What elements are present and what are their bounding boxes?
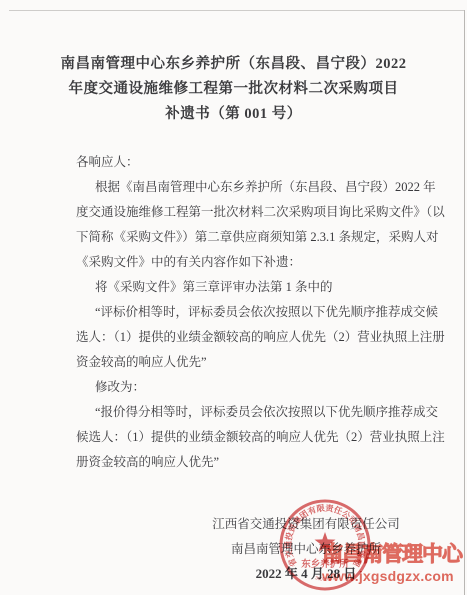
document-body: 各响应人： 根据《南昌南管理中心东乡养护所（东昌段、昌宁段）2022 年 度交通… <box>76 150 416 475</box>
stamp-banner-text: 东乡养护所 <box>301 558 349 570</box>
official-seal-stamp: 江西省交通投资集团有限责任公司南昌南管理中心 东乡养护所 36070501 <box>277 497 373 593</box>
body-line: “评标价相等时，评标委员会依次按照以下优先顺序推荐成交候 <box>76 300 416 325</box>
body-line: 根据《南昌南管理中心东乡养护所（东昌段、昌宁段）2022 年 <box>76 175 416 200</box>
stamp-ring-text: 江西省交通投资集团有限责任公司南昌南管理中心 <box>277 497 367 569</box>
body-line: 度交通设施维修工程第一批次材料二次采购项目询比采购文件》（以 <box>76 200 416 225</box>
document-title: 南昌南管理中心东乡养护所（东昌段、昌宁段）2022 年度交通设施维修工程第一批次… <box>0 52 467 127</box>
body-line: 下简称《采购文件》）第二章供应商须知第 2.3.1 条规定，采购人对 <box>76 225 416 250</box>
body-line: 册资金较高的响应人优先” <box>76 450 416 475</box>
body-line: 候选人：（1）提供的业绩金额较高的响应人优先（2）营业执照上注 <box>76 425 416 450</box>
body-line: 修改为： <box>76 375 416 400</box>
body-line: 《采购文件》中的有关内容作如下补遗： <box>76 250 416 275</box>
scanned-document-page: 南昌南管理中心东乡养护所（东昌段、昌宁段）2022 年度交通设施维修工程第一批次… <box>0 0 467 595</box>
body-line: 将《采购文件》第三章评审办法第 1 条中的 <box>76 275 416 300</box>
body-line: 选人：（1）提供的业绩金额较高的响应人优先（2）营业执照上注册 <box>76 325 416 350</box>
title-line: 南昌南管理中心东乡养护所（东昌段、昌宁段）2022 <box>0 52 467 77</box>
title-line: 补遗书（第 001 号） <box>0 102 467 127</box>
body-line: “报价得分相等时，评标委员会依次按照以下优先顺序推荐成交 <box>76 400 416 425</box>
page-edge-top <box>9 10 464 11</box>
salutation: 各响应人： <box>76 150 416 175</box>
body-line: 资金较高的响应人优先” <box>76 350 416 375</box>
stamp-serial-number: 36070501 <box>315 575 336 582</box>
stamp-star-icon <box>315 532 336 552</box>
title-line: 年度交通设施维修工程第一批次材料二次采购项目 <box>0 77 467 102</box>
